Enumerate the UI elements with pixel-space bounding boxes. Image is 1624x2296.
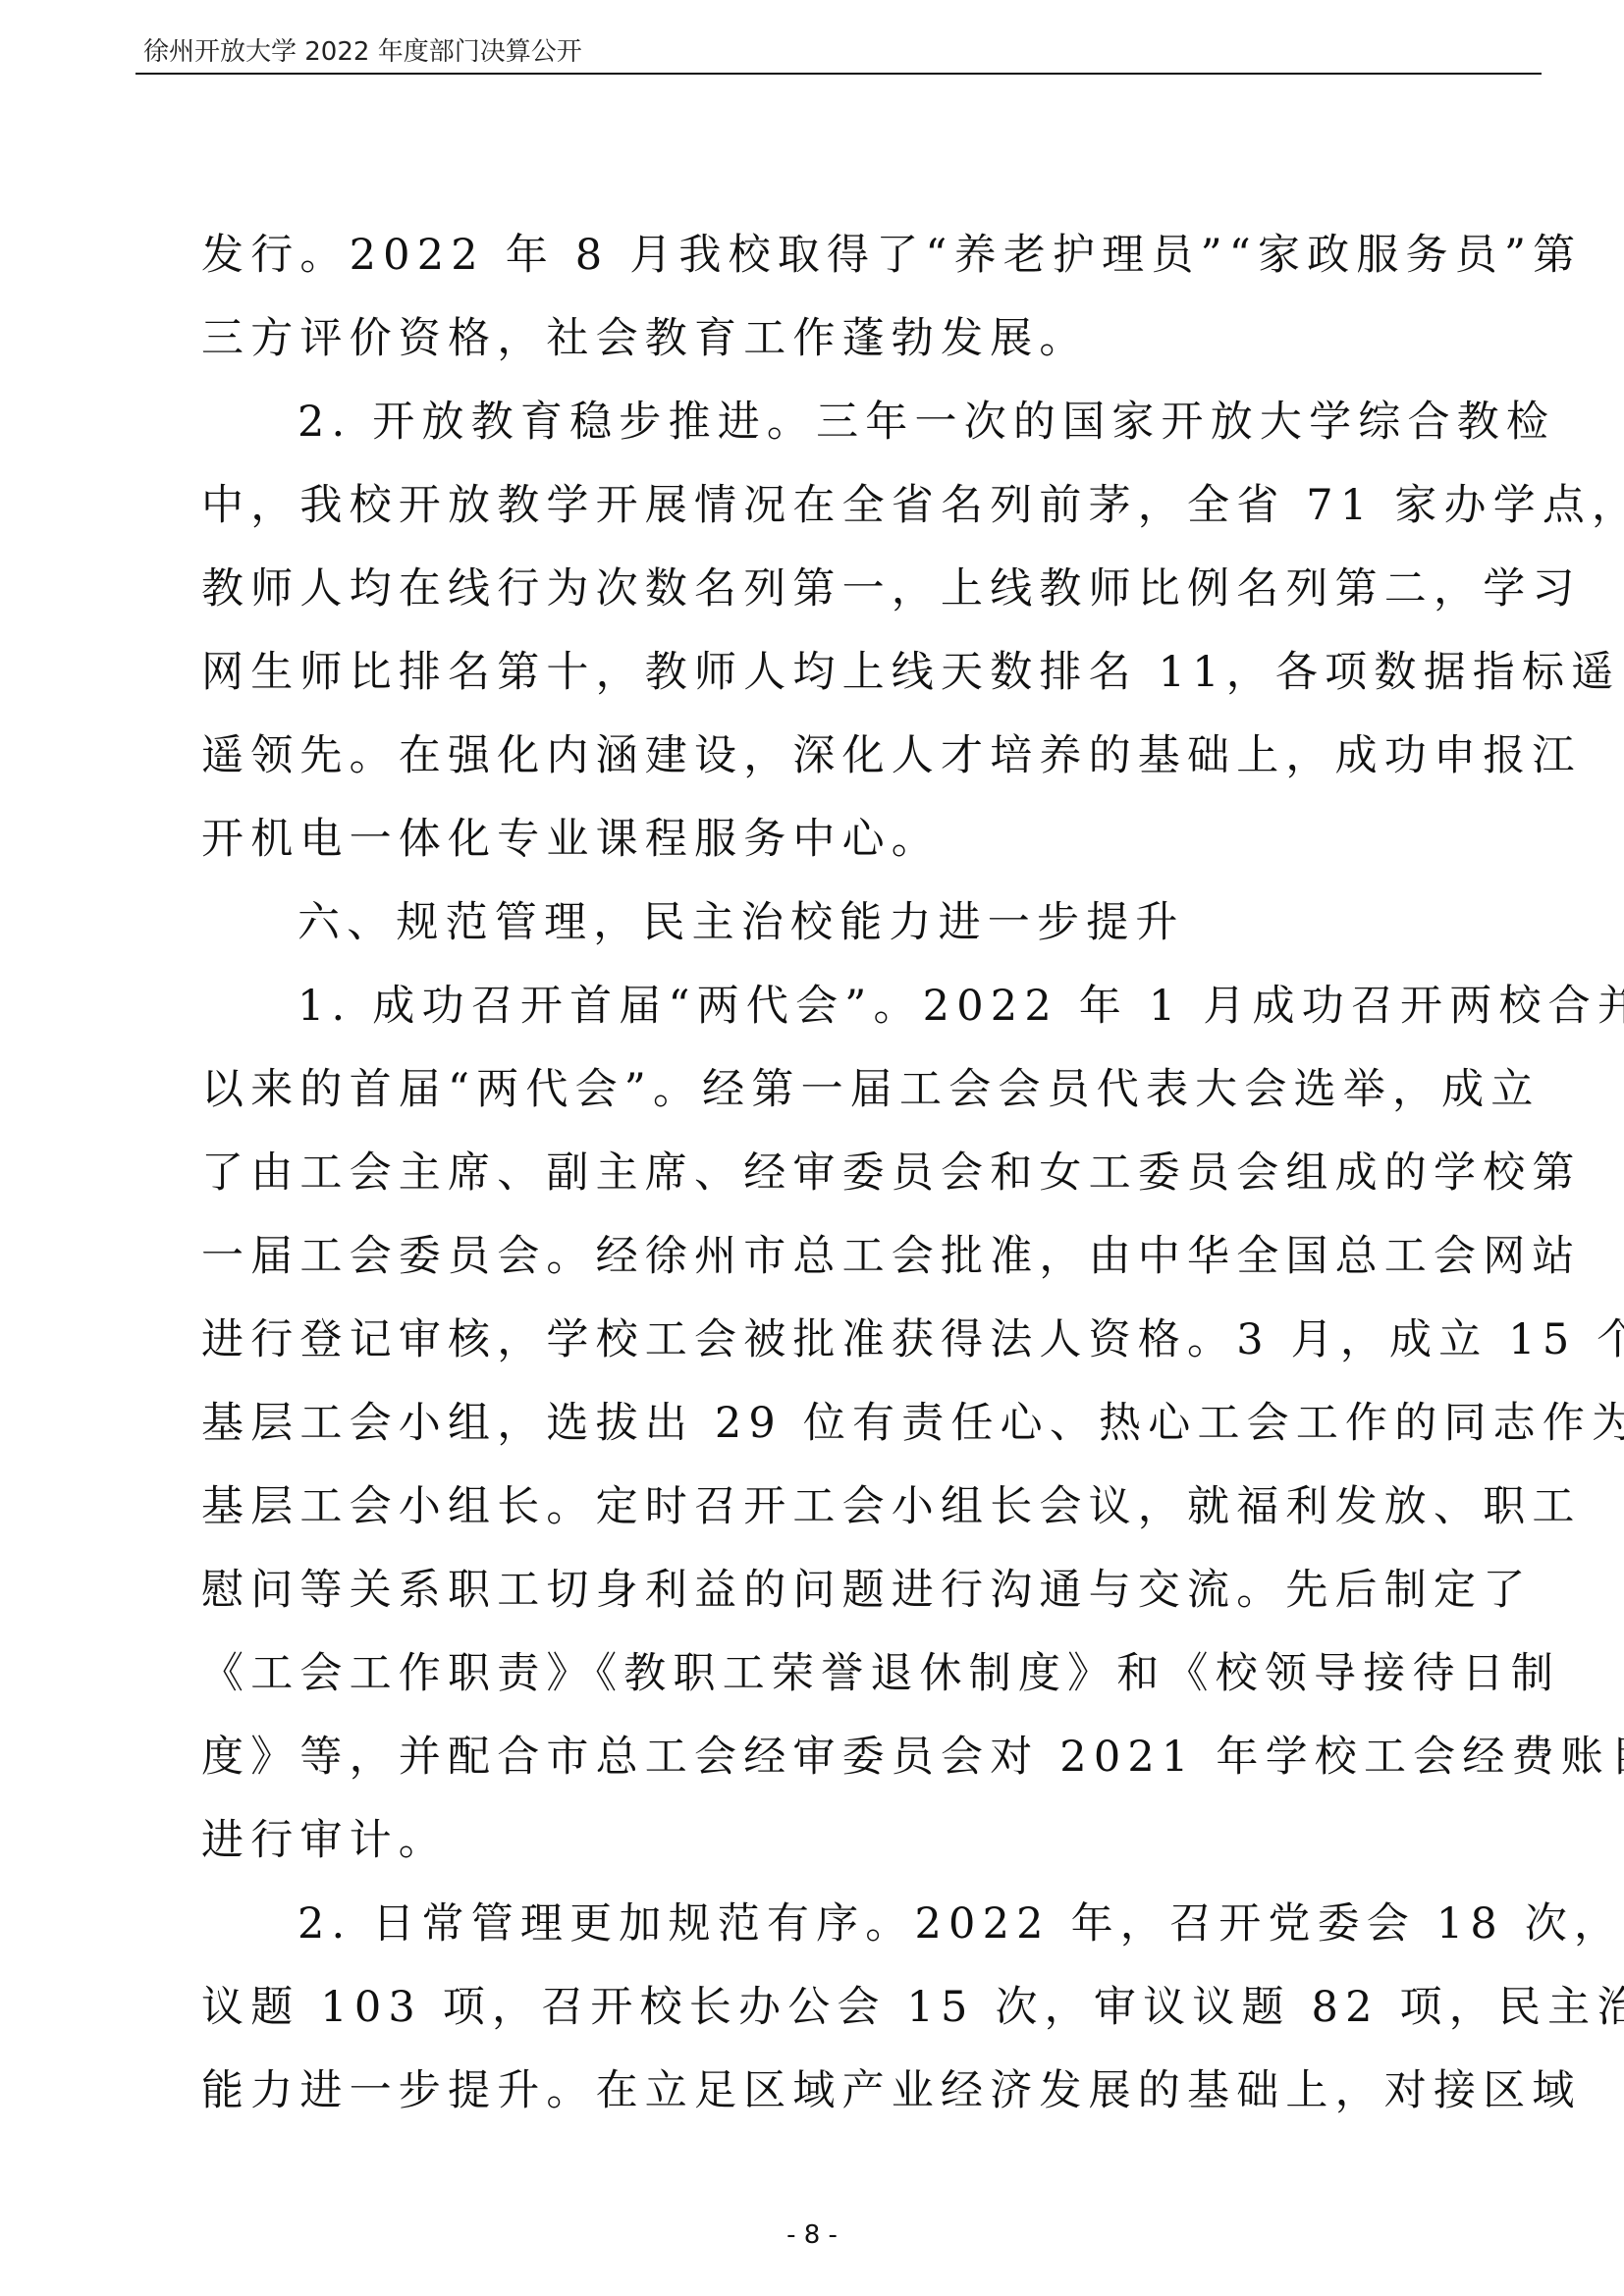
paragraph-line: 网生师比排名第十，教师人均上线天数排名 11，各项数据指标遥 [201,631,1468,715]
paragraph-line: 进行登记审核，学校工会被批准获得法人资格。3 月，成立 15 个 [201,1299,1468,1382]
paragraph-line: 进行审计。 [201,1799,1468,1883]
paragraph-line: 三方评价资格，社会教育工作蓬勃发展。 [201,297,1468,381]
paragraph-line: 2. 日常管理更加规范有序。2022 年，召开党委会 18 次，审议 [201,1883,1468,1966]
paragraph-line: 一届工会委员会。经徐州市总工会批准，由中华全国总工会网站 [201,1215,1468,1299]
paragraph-line: 度》等，并配合市总工会经审委员会对 2021 年学校工会经费账目 [201,1716,1468,1799]
page-header: 徐州开放大学 2022 年度部门决算公开 [135,35,1542,75]
paragraph-line: 慰问等关系职工切身利益的问题进行沟通与交流。先后制定了 [201,1549,1468,1632]
paragraph-line: 议题 103 项，召开校长办公会 15 次，审议议题 82 项，民主治校 [201,1966,1468,2050]
paragraph-line: 2. 开放教育稳步推进。三年一次的国家开放大学综合教检 [201,381,1468,464]
document-body: 发行。2022 年 8 月我校取得了“养老护理员”“家政服务员”第 三方评价资格… [201,214,1468,2133]
paragraph-line: 教师人均在线行为次数名列第一，上线教师比例名列第二，学习 [201,548,1468,631]
header-divider [135,73,1542,75]
paragraph-line: 遥领先。在强化内涵建设，深化人才培养的基础上，成功申报江 [201,715,1468,798]
section-heading: 六、规范管理，民主治校能力进一步提升 [201,881,1468,965]
page-number: - 8 - [0,2220,1624,2250]
paragraph-line: 以来的首届“两代会”。经第一届工会会员代表大会选举，成立 [201,1048,1468,1132]
paragraph-line: 1. 成功召开首届“两代会”。2022 年 1 月成功召开两校合并 [201,965,1468,1048]
paragraph-line: 基层工会小组长。定时召开工会小组长会议，就福利发放、职工 [201,1466,1468,1549]
paragraph-line: 了由工会主席、副主席、经审委员会和女工委员会组成的学校第 [201,1132,1468,1215]
paragraph-line: 开机电一体化专业课程服务中心。 [201,798,1468,881]
paragraph-line: 发行。2022 年 8 月我校取得了“养老护理员”“家政服务员”第 [201,214,1468,297]
paragraph-line: 中，我校开放教学开展情况在全省名列前茅，全省 71 家办学点， [201,464,1468,548]
paragraph-line: 能力进一步提升。在立足区域产业经济发展的基础上，对接区域 [201,2050,1468,2133]
paragraph-line: 基层工会小组，选拔出 29 位有责任心、热心工会工作的同志作为 [201,1382,1468,1466]
paragraph-line: 《工会工作职责》《教职工荣誉退休制度》和《校领导接待日制 [201,1632,1468,1716]
document-header-title: 徐州开放大学 2022 年度部门决算公开 [135,35,1542,69]
